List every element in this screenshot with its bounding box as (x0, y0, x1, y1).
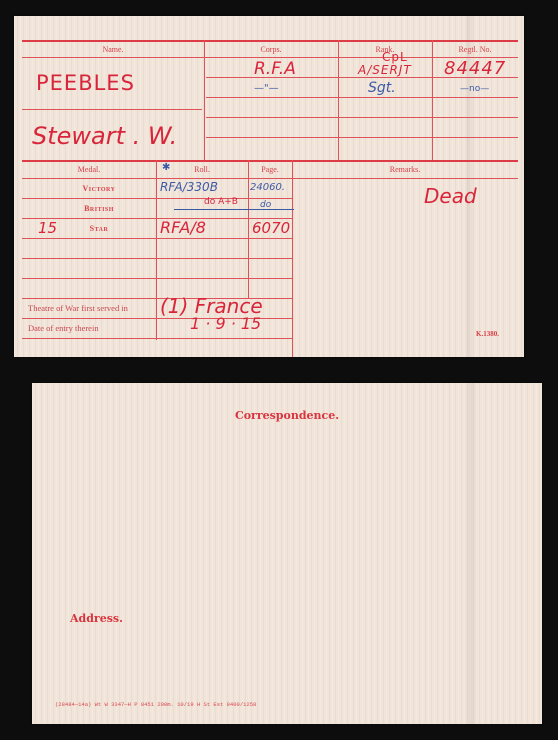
date-value: 1 · 9 · 15 (190, 314, 261, 333)
surname: PEEBLES (36, 71, 135, 95)
corps-header: Corps. (204, 45, 338, 54)
medal-victory-label: Victory (54, 184, 144, 193)
regt-no-ditto: —no— (460, 84, 489, 94)
medal-victory-page: 24060. (250, 182, 285, 193)
rank-line1: CpL (382, 50, 408, 64)
roll-header: Roll. (156, 165, 248, 174)
rule (22, 258, 292, 259)
ditto-strike (174, 209, 294, 210)
corps-ditto: —"— (254, 83, 279, 94)
column-divider (338, 40, 339, 160)
rule (206, 97, 518, 98)
rule (22, 278, 292, 279)
medal-index-card-back: Correspondence. Address. (28484—14a) Wt … (32, 383, 542, 724)
rank-line3: Sgt. (368, 80, 396, 96)
medal-star-page: 6070 (252, 219, 290, 237)
card-fold-shadow (464, 383, 478, 724)
rule (22, 338, 292, 339)
medal-british-label: British (54, 204, 144, 213)
column-divider (432, 40, 433, 160)
page-header: Page. (248, 165, 292, 174)
rule (22, 238, 292, 239)
rule (206, 137, 518, 138)
corps-value: R.F.A (254, 59, 296, 79)
medal-british-roll: do A+B (204, 197, 238, 207)
correspondence-heading: Correspondence. (32, 409, 542, 422)
column-divider (248, 160, 249, 298)
remarks-value: Dead (424, 184, 477, 208)
regt-no-header: Regtl. No. (432, 45, 518, 54)
medal-victory-roll: RFA/330B (160, 180, 218, 194)
rule (22, 198, 292, 199)
rule (22, 178, 518, 179)
rule (22, 109, 202, 110)
address-label: Address. (70, 612, 123, 625)
column-divider (204, 40, 205, 160)
column-divider (156, 160, 157, 340)
date-label: Date of entry therein (28, 323, 156, 333)
regt-no-value: 84447 (444, 58, 506, 79)
rule (22, 160, 518, 162)
medal-british-page: do (260, 200, 271, 210)
medal-star-label: Star (54, 224, 144, 233)
rule (22, 40, 518, 42)
medal-star-roll: RFA/8 (160, 218, 206, 237)
theatre-label: Theatre of War first served in (28, 303, 156, 313)
rank-line2: A/SERJT (358, 63, 412, 77)
form-number: K.1380. (476, 330, 499, 338)
column-divider (292, 160, 293, 357)
name-header: Name. (22, 45, 204, 54)
rule (206, 117, 518, 118)
medal-index-card-front: Name. Corps. Rank. Regtl. No. PEEBLES St… (14, 16, 524, 357)
remarks-header: Remarks. (292, 165, 518, 174)
forenames: Stewart . W. (32, 122, 177, 150)
printer-imprint: (28484—14a) Wt W 3347—H P 8451 200m. 10/… (55, 701, 256, 708)
medal-header: Medal. (22, 165, 156, 174)
